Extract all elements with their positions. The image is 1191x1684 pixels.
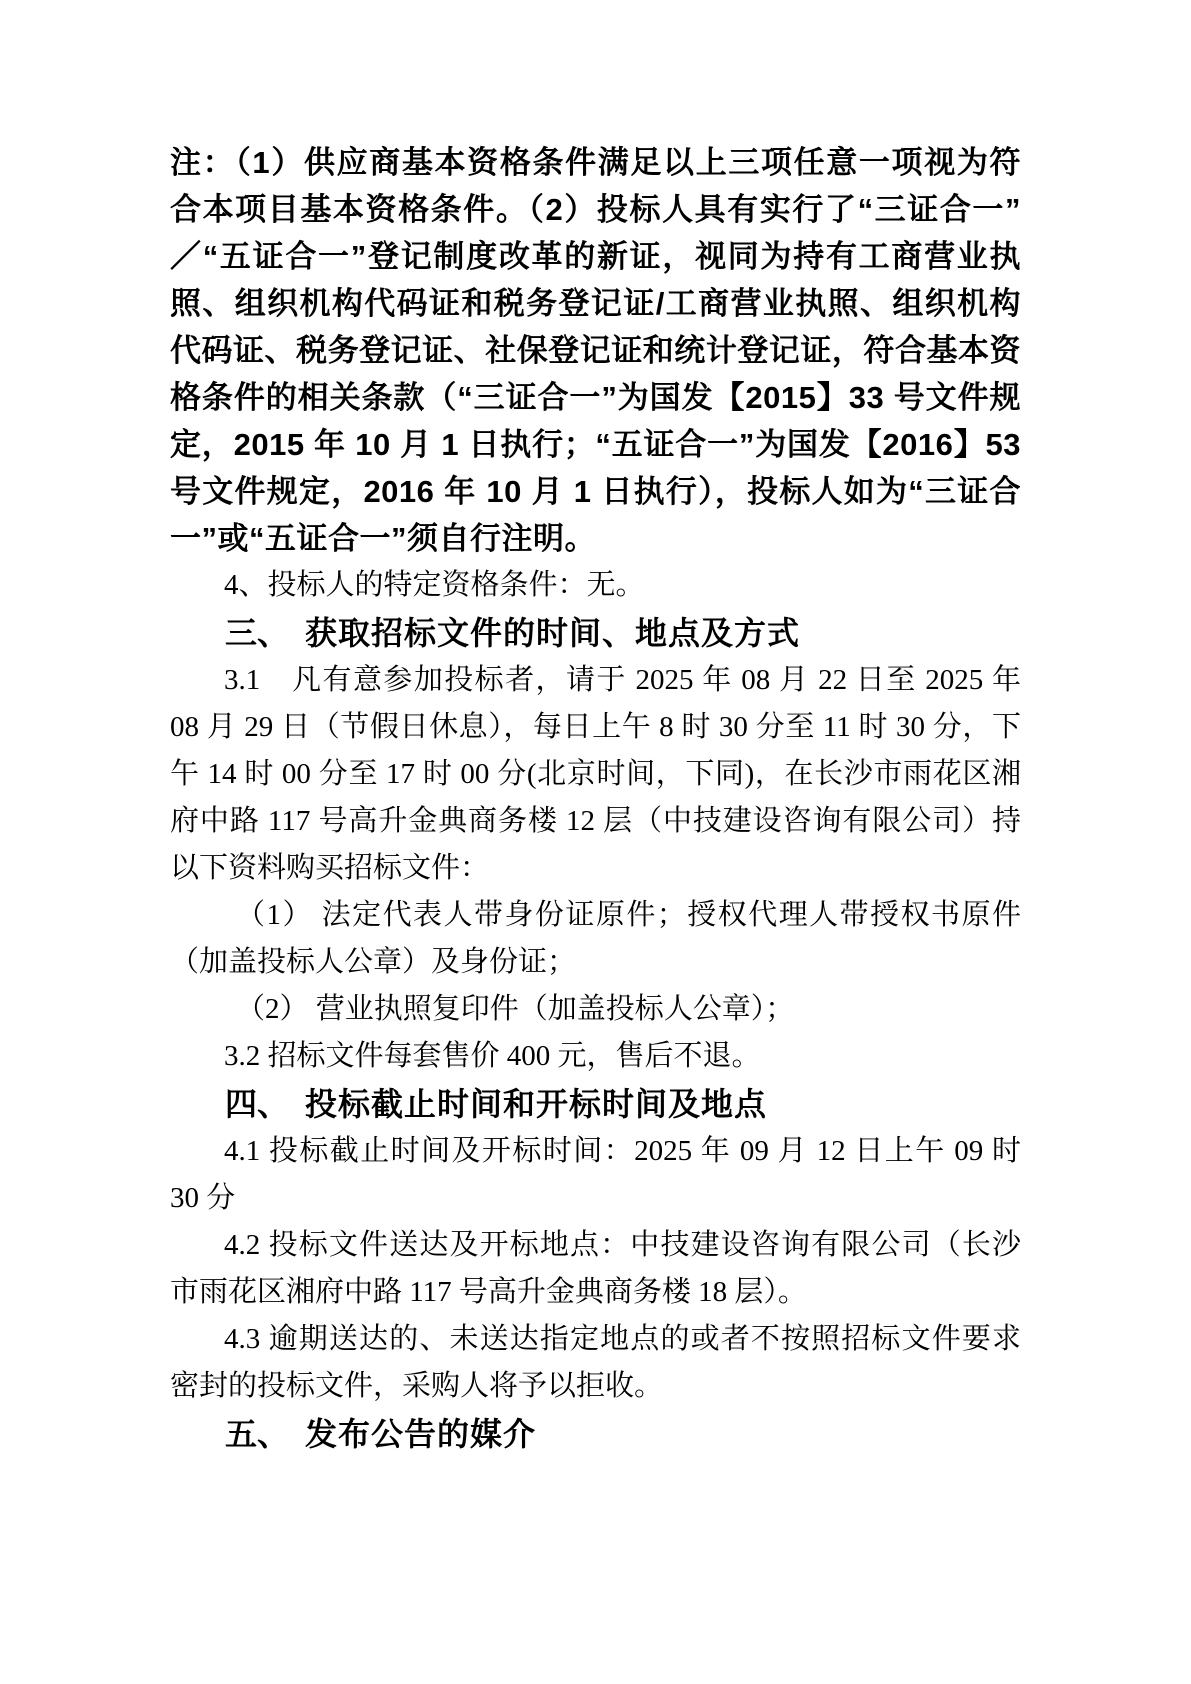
section5-title: 发布公告的媒介 — [305, 1410, 536, 1458]
section4-number: 四、 — [225, 1080, 305, 1128]
section4-heading: 四、 投标截止时间和开标时间及地点 — [170, 1080, 1021, 1128]
document-page: 注：（1）供应商基本资格条件满足以上三项任意一项视为符合本项目基本资格条件。（2… — [0, 0, 1191, 1684]
section3-number: 三、 — [225, 609, 305, 657]
paragraph-3-2: 3.2 招标文件每套售价 400 元，售后不退。 — [170, 1033, 1021, 1080]
paragraph-item4-specific-qualification: 4、投标人的特定资格条件：无。 — [170, 562, 1021, 609]
section3-heading: 三、 获取招标文件的时间、地点及方式 — [170, 609, 1021, 657]
section3-title: 获取招标文件的时间、地点及方式 — [305, 609, 800, 657]
section4-title: 投标截止时间和开标时间及地点 — [305, 1080, 767, 1128]
section5-number: 五、 — [225, 1410, 305, 1458]
paragraph-3-1-item2: （2） 营业执照复印件（加盖投标人公章）； — [170, 986, 1021, 1033]
paragraph-3-1: 3.1 凡有意参加投标者，请于 2025 年 08 月 22 日至 2025 年… — [170, 657, 1021, 892]
paragraph-4-3: 4.3 逾期送达的、未送达指定地点的或者不按照招标文件要求密封的投标文件，采购人… — [170, 1316, 1021, 1410]
paragraph-4-2: 4.2 投标文件送达及开标地点：中技建设咨询有限公司（长沙市雨花区湘府中路 11… — [170, 1222, 1021, 1316]
paragraph-4-1: 4.1 投标截止时间及开标时间：2025 年 09 月 12 日上午 09 时 … — [170, 1128, 1021, 1222]
note-paragraph: 注：（1）供应商基本资格条件满足以上三项任意一项视为符合本项目基本资格条件。（2… — [170, 139, 1021, 562]
paragraph-3-1-item1: （1） 法定代表人带身份证原件；授权代理人带授权书原件（加盖投标人公章）及身份证… — [170, 892, 1021, 986]
section5-heading: 五、 发布公告的媒介 — [170, 1410, 1021, 1458]
page-content: 注：（1）供应商基本资格条件满足以上三项任意一项视为符合本项目基本资格条件。（2… — [170, 139, 1021, 1458]
